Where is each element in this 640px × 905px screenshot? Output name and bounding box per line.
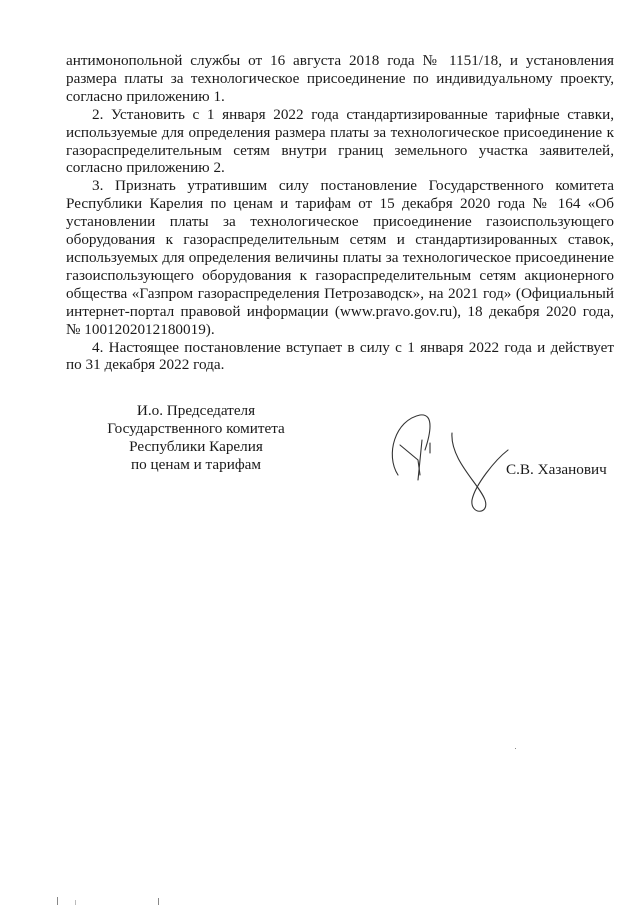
signer-title-line: И.о. Председателя xyxy=(96,402,296,420)
scan-artifact xyxy=(515,748,516,749)
signature-icon xyxy=(380,405,510,520)
scan-artifact xyxy=(158,898,159,905)
paragraph-item-2: 2. Установить с 1 января 2022 года станд… xyxy=(66,106,614,178)
signer-title: И.о. Председателя Государственного комит… xyxy=(96,402,296,474)
paragraph-item-3: 3. Признать утратившим силу постановлени… xyxy=(66,177,614,338)
signer-name: С.В. Хазанович xyxy=(506,461,607,479)
signer-title-line: по ценам и тарифам xyxy=(96,456,296,474)
paragraph-item-4: 4. Настоящее постановление вступает в си… xyxy=(66,339,614,375)
scan-artifact xyxy=(75,900,76,905)
paragraph-continuation: антимонопольной службы от 16 августа 201… xyxy=(66,52,614,106)
signer-title-line: Государственного комитета xyxy=(96,420,296,438)
scan-artifact xyxy=(57,897,58,905)
document-body: антимонопольной службы от 16 августа 201… xyxy=(66,52,614,374)
signer-title-line: Республики Карелия xyxy=(96,438,296,456)
